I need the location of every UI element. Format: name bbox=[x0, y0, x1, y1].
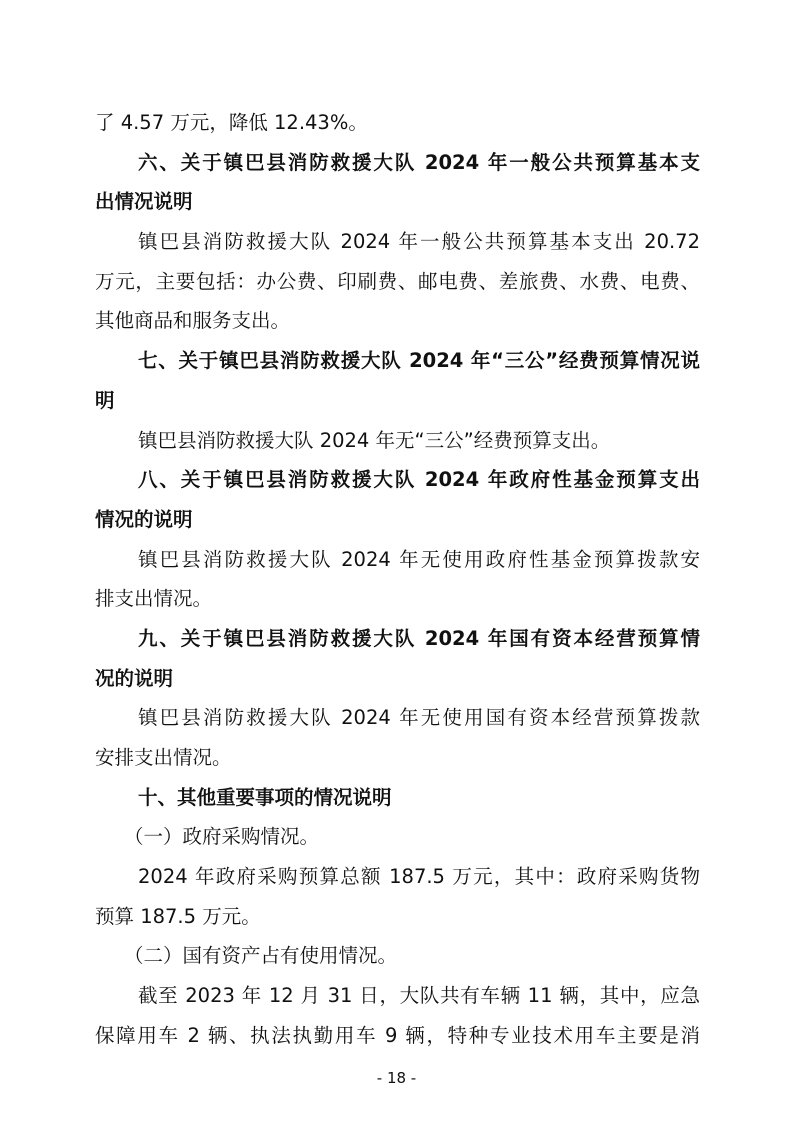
paragraph-state-assets-cont: 保障用车 2 辆、执法执勤用车 9 辆，特种专业技术用车主要是消 bbox=[95, 1023, 700, 1049]
paragraph-section-6-cont: 万元，主要包括：办公费、印刷费、邮电费、差旅费、水费、电费、 bbox=[95, 269, 700, 295]
subheading-state-assets: （二）国有资产占有使用情况。 bbox=[124, 943, 700, 969]
paragraph-section-6: 镇巴县消防救援大队 2024 年一般公共预算基本支出 20.72 bbox=[138, 229, 700, 255]
heading-section-9-cont: 况的说明 bbox=[95, 666, 700, 692]
heading-section-7-cont: 明 bbox=[95, 388, 700, 414]
heading-section-6: 六、关于镇巴县消防救援大队 2024 年一般公共预算基本支 bbox=[138, 150, 700, 176]
heading-section-9: 九、关于镇巴县消防救援大队 2024 年国有资本经营预算情 bbox=[138, 626, 700, 652]
heading-section-7: 七、关于镇巴县消防救援大队 2024 年“三公”经费预算情况说 bbox=[138, 348, 700, 374]
heading-section-8-cont: 情况的说明 bbox=[95, 507, 700, 533]
paragraph-state-assets: 截至 2023 年 12 月 31 日，大队共有车辆 11 辆，其中，应急 bbox=[138, 983, 700, 1009]
paragraph-procurement-end: 预算 187.5 万元。 bbox=[95, 904, 700, 930]
text-line-carryover: 了 4.57 万元，降低 12.43%。 bbox=[95, 110, 700, 136]
paragraph-section-8: 镇巴县消防救援大队 2024 年无使用政府性基金预算拨款安 bbox=[138, 547, 700, 573]
paragraph-procurement: 2024 年政府采购预算总额 187.5 万元，其中：政府采购货物 bbox=[138, 864, 700, 890]
paragraph-section-8-end: 排支出情况。 bbox=[95, 586, 700, 612]
paragraph-section-9-end: 安排支出情况。 bbox=[95, 745, 700, 771]
paragraph-section-7: 镇巴县消防救援大队 2024 年无“三公”经费预算支出。 bbox=[138, 428, 700, 454]
paragraph-section-6-end: 其他商品和服务支出。 bbox=[95, 308, 700, 334]
heading-section-8: 八、关于镇巴县消防救援大队 2024 年政府性基金预算支出 bbox=[138, 467, 700, 493]
heading-section-10: 十、其他重要事项的情况说明 bbox=[138, 785, 700, 811]
document-page: 了 4.57 万元，降低 12.43%。 六、关于镇巴县消防救援大队 2024 … bbox=[0, 0, 793, 1121]
paragraph-section-9: 镇巴县消防救援大队 2024 年无使用国有资本经营预算拨款 bbox=[138, 705, 700, 731]
page-number: - 18 - bbox=[0, 1068, 793, 1088]
heading-section-6-cont: 出情况说明 bbox=[95, 189, 700, 215]
subheading-procurement: （一）政府采购情况。 bbox=[124, 824, 700, 850]
